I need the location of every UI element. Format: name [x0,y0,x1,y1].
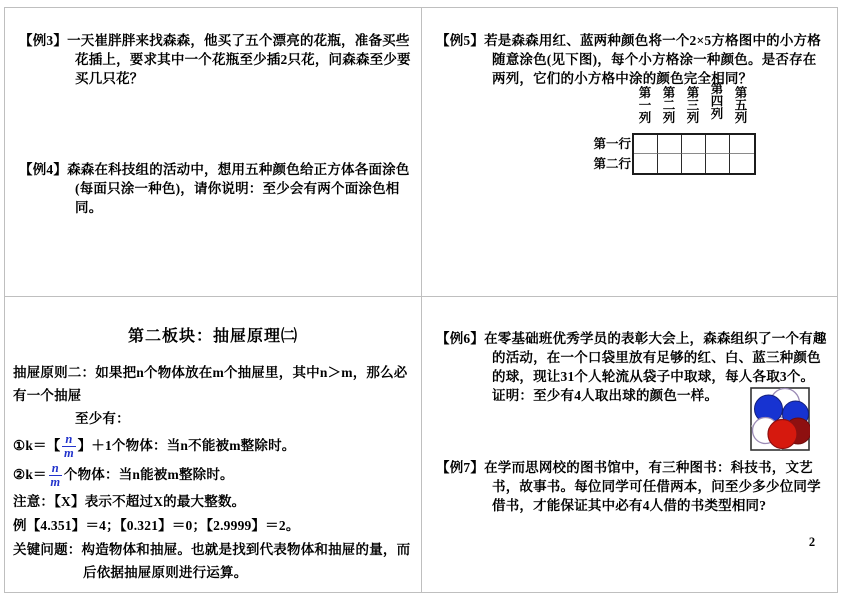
fraction-n-over-m: nm [62,433,75,460]
grid-col-header-5: 第五列 [728,77,752,133]
four-quadrant-table: 【例3】一天崔胖胖来找森森，他买了五个漂亮的花瓶，准备买些花插上，要求其中一个花… [4,7,838,593]
grid-col-header-4: 第四列 [704,73,728,129]
page-number: 2 [802,535,822,550]
fraction-numerator: n [49,462,62,476]
coloring-grid [632,133,756,175]
grid-cell [706,135,730,154]
example-4: 【例4】森森在科技组的活动中，想用五种颜色给正方体各面涂色(每面只涂一种色)，请… [13,160,411,217]
item1-pre: k＝【 [25,434,60,458]
grid-row-headers: 第一行 第二行 [580,133,632,175]
fraction-denominator: m [64,447,74,460]
item1-bullet: ① [13,434,25,458]
quadrant-top-right: 【例5】若是森森用红、蓝两种颜色将一个2×5方格图中的小方格随意涂色(见下图)，… [422,8,837,297]
principle-line2: 至少有： [75,407,413,430]
example-3-text: 一天崔胖胖来找森森，他买了五个漂亮的花瓶，准备买些花插上，要求其中一个花瓶至少插… [67,33,411,86]
example-7-text: 在学而思网校的图书馆中，有三种图书：科技书，文艺书，故事书。每位同学可任借两本，… [484,460,821,513]
item2-post: 个物体：当n能被m整除时。 [64,463,234,487]
grid-column-headers: 第一列 第二列 第三列 第四列 第五列 [632,95,780,133]
grid-cell [730,135,754,154]
principle-item-2: ②k＝nm个物体：当n能被m整除时。 [13,461,413,488]
quadrant-top-left: 【例3】一天崔胖胖来找森森，他买了五个漂亮的花瓶，准备买些花插上，要求其中一个花… [5,8,422,297]
grid-cell [730,154,754,173]
grid-cell [634,135,658,154]
example-4-text: 森森在科技组的活动中，想用五种颜色给正方体各面涂色(每面只涂一种色)，请你说明：… [67,162,410,215]
section-title: 第二板块：抽屉原理㈡ [13,323,413,346]
key-question-text: 构造物体和抽屉。也就是找到代表物体和抽屉的量，而后依据抽屉原则进行运算。 [82,542,411,580]
grid-cell [706,154,730,173]
grid-cell [634,154,658,173]
worksheet-page: 【例3】一天崔胖胖来找森森，他买了五个漂亮的花瓶，准备买些花插上，要求其中一个花… [0,0,842,596]
example-4-label: 【例4】 [19,162,67,177]
key-question-lead: 关键问题： [13,542,82,557]
grid-cell [658,135,682,154]
principle-lead: 抽屉原则二： [13,365,95,380]
example-6-label: 【例6】 [436,331,484,346]
floor-example-line: 例【4.351】＝4；【0.321】＝0；【2.9999】＝2。 [13,514,413,537]
fraction-denominator: m [50,476,60,489]
example-3-label: 【例3】 [19,33,67,48]
fraction-n-over-m: nm [49,462,62,489]
coloring-grid-figure: 第一列 第二列 第三列 第四列 第五列 第一行 第二行 [580,95,780,175]
item2-pre: k＝ [25,463,46,487]
principle-item-1: ①k＝【nm】＋1个物体：当n不能被m整除时。 [13,432,413,459]
key-question: 关键问题：构造物体和抽屉。也就是找到代表物体和抽屉的量，而后依据抽屉原则进行运算… [13,538,413,584]
quadrant-bottom-right: 【例6】在零基础班优秀学员的表彰大会上，森森组织了一个有趣的活动，在一个口袋里放… [422,297,837,592]
colored-balls-illustration [750,387,810,451]
item1-post: 】＋1个物体：当n不能被m整除时。 [78,434,296,458]
fraction-numerator: n [62,433,75,447]
grid-col-header-3: 第三列 [680,77,704,133]
example-7-label: 【例7】 [436,460,484,475]
principle-statement: 抽屉原则二：如果把n个物体放在m个抽屉里，其中n＞m，那么必有一个抽屉 至少有： [13,361,413,430]
grid-cell [682,154,706,173]
grid-row-header-1: 第一行 [580,133,632,153]
example-3: 【例3】一天崔胖胖来找森森，他买了五个漂亮的花瓶，准备买些花插上，要求其中一个花… [13,31,411,88]
red-ball [768,420,797,449]
note-line: 注意：【X】表示不超过X的最大整数。 [13,490,413,513]
item2-bullet: ② [13,463,25,487]
principle-items: ①k＝【nm】＋1个物体：当n不能被m整除时。 ②k＝nm个物体：当n能被m整除… [13,432,413,584]
grid-cell [658,154,682,173]
example-5-label: 【例5】 [436,33,484,48]
example-7: 【例7】在学而思网校的图书馆中，有三种图书：科技书，文艺书，故事书。每位同学可任… [430,458,827,515]
grid-col-header-1: 第一列 [632,77,656,133]
grid-cell [682,135,706,154]
quadrant-bottom-left: 第二板块：抽屉原理㈡ 抽屉原则二：如果把n个物体放在m个抽屉里，其中n＞m，那么… [5,297,422,592]
example-5: 【例5】若是森森用红、蓝两种颜色将一个2×5方格图中的小方格随意涂色(见下图)，… [430,31,829,88]
grid-row-header-2: 第二行 [580,153,632,173]
grid-col-header-2: 第二列 [656,77,680,133]
